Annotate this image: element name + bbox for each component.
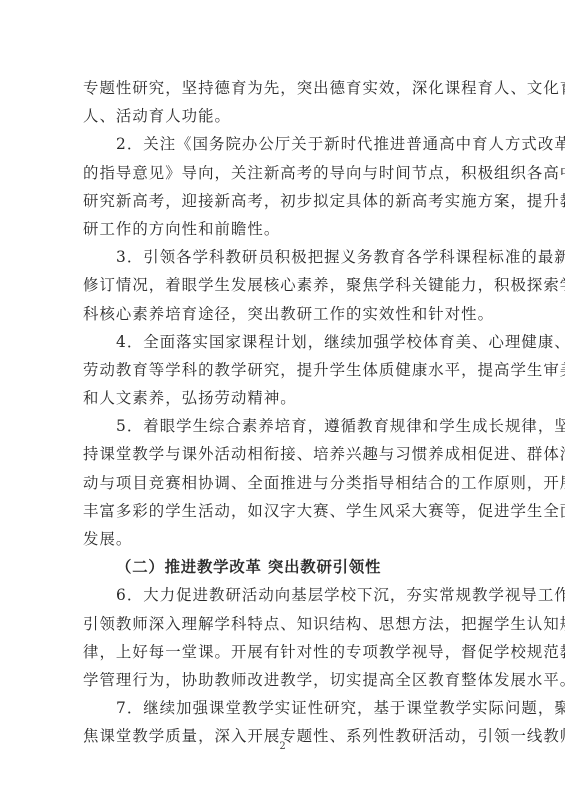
text-line: 学管理行为，协助教师改进教学，切实提高全区教育整体发展水平。 — [83, 666, 483, 694]
text-line: 发展。 — [83, 525, 483, 553]
paragraph-start-line: 3．引领各学科教研员积极把握义务教育各学科课程标准的最新 — [83, 243, 483, 271]
document-page: 专题性研究，坚持德育为先，突出德育实效，深化课程育人、文化育 人、活动育人功能。… — [0, 0, 565, 800]
text-line: 律，上好每一堂课。开展有针对性的专项教学视导，督促学校规范教 — [83, 638, 483, 666]
text-line: 修订情况，着眼学生发展核心素养，聚焦学科关键能力，积极探索学 — [83, 271, 483, 299]
text-line: 引领教师深入理解学科特点、知识结构、思想方法，把握学生认知规 — [83, 610, 483, 638]
text-line: 科核心素养培育途径，突出教研工作的实效性和针对性。 — [83, 300, 483, 328]
text-line: 劳动教育等学科的教学研究，提升学生体质健康水平，提高学生审美 — [83, 356, 483, 384]
text-line: 的指导意见》导向，关注新高考的导向与时间节点，积极组织各高中 — [83, 159, 483, 187]
text-line: 动与项目竞赛相协调、全面推进与分类指导相结合的工作原则，开展 — [83, 469, 483, 497]
page-number: 2 — [0, 741, 565, 752]
text-line: 人、活动育人功能。 — [83, 102, 483, 130]
text-line: 研究新高考，迎接新高考，初步拟定具体的新高考实施方案，提升教 — [83, 187, 483, 215]
text-line: 丰富多彩的学生活动，如汉字大赛、学生风采大赛等，促进学生全面 — [83, 497, 483, 525]
text-line: 持课堂教学与课外活动相衔接、培养兴趣与习惯养成相促进、群体活 — [83, 440, 483, 468]
text-line: 专题性研究，坚持德育为先，突出德育实效，深化课程育人、文化育 — [83, 74, 483, 102]
paragraph-start-line: 6．大力促进教研活动向基层学校下沉，夯实常规教学视导工作， — [83, 581, 483, 609]
paragraph-start-line: 7．继续加强课堂教学实证性研究，基于课堂教学实际问题，聚 — [83, 694, 483, 722]
paragraph-start-line: 5．着眼学生综合素养培育，遵循教育规律和学生成长规律，坚 — [83, 412, 483, 440]
document-body: 专题性研究，坚持德育为先，突出德育实效，深化课程育人、文化育 人、活动育人功能。… — [83, 74, 483, 751]
text-line: 和人文素养，弘扬劳动精神。 — [83, 384, 483, 412]
paragraph-start-line: 2．关注《国务院办公厅关于新时代推进普通高中育人方式改革 — [83, 130, 483, 158]
section-heading: （二）推进教学改革 突出教研引领性 — [83, 553, 483, 581]
text-line: 研工作的方向性和前瞻性。 — [83, 215, 483, 243]
paragraph-start-line: 4．全面落实国家课程计划，继续加强学校体育美、心理健康、 — [83, 328, 483, 356]
